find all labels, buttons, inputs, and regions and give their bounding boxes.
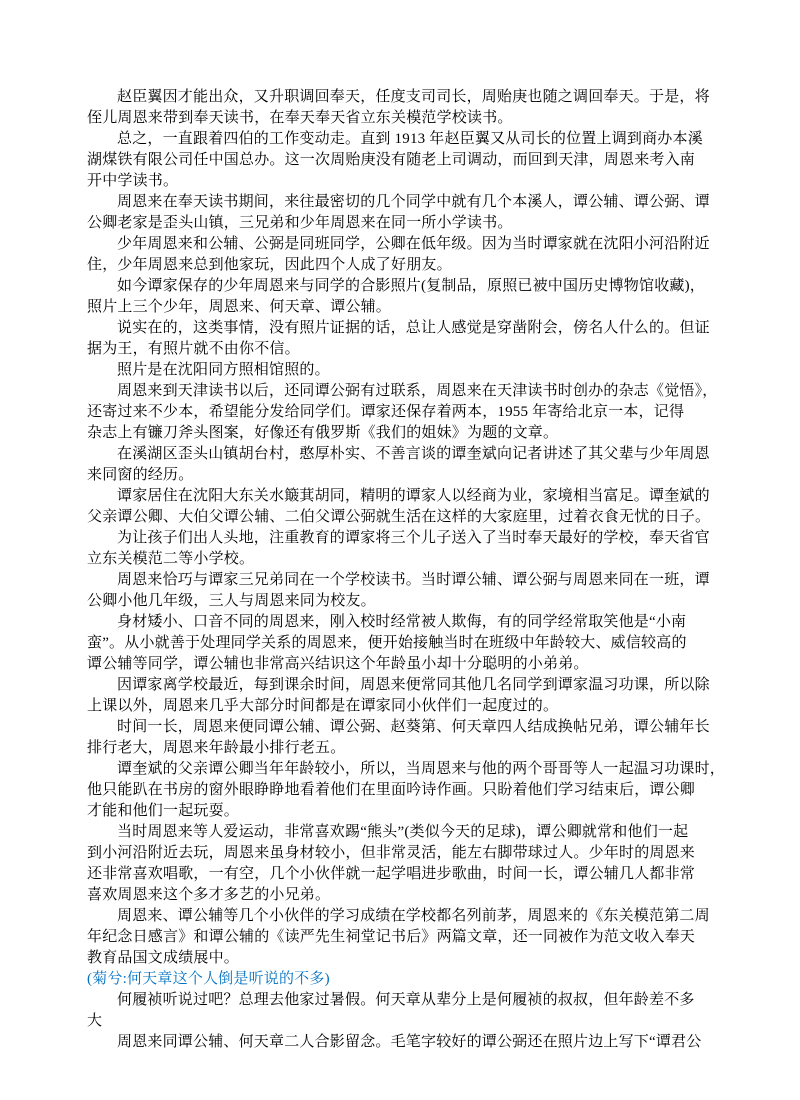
- text-line: 公卿小他几年级，三人与周恩来同为校友。: [87, 591, 715, 612]
- text-line: 谭家居住在沈阳大东关水簸萁胡同，精明的谭家人以经商为业，家境相当富足。谭奎斌的: [87, 486, 715, 507]
- text-line: 周恩来恰巧与谭家三兄弟同在一个学校读书。当时谭公辅、谭公弼与周恩来同在一班，谭: [87, 570, 715, 591]
- paragraph: 赵臣翼因才能出众，又升职调回奉天，任度支司司长，周贻庚也随之调回奉天。于是，将侄…: [87, 87, 715, 129]
- document-content: 赵臣翼因才能出众，又升职调回奉天，任度支司司长，周贻庚也随之调回奉天。于是，将侄…: [87, 87, 715, 1053]
- paragraph: 照片是在沈阳同方照相馆照的。: [87, 360, 715, 381]
- text-line: 公卿老家是歪头山镇，三兄弟和少年周恩来在同一所小学读书。: [87, 213, 715, 234]
- text-line: 还寄过来不少本，希望能分发给同学们。谭家还保存着两本，1955 年寄给北京一本，…: [87, 402, 715, 423]
- text-line: 照片是在沈阳同方照相馆照的。: [87, 360, 715, 381]
- text-line: 据为王，有照片就不由你不信。: [87, 339, 715, 360]
- text-line: 年纪念日感言》和谭公辅的《读严先生祠堂记书后》两篇文章，还一同被作为范文收入奉天: [87, 927, 715, 948]
- paragraph: 为让孩子们出人头地，注重教育的谭家将三个儿子送入了当时奉天最好的学校，奉天省官立…: [87, 528, 715, 570]
- text-line: 何履祯听说过吧？总理去他家过暑假。何天章从辈分上是何履祯的叔叔，但年龄差不多: [87, 990, 715, 1011]
- paragraph: 周恩来到天津读书以后，还同谭公弼有过联系，周恩来在天津读书时创办的杂志《觉悟》，…: [87, 381, 715, 444]
- text-line: 来同窗的经历。: [87, 465, 715, 486]
- text-line: 谭公辅等同学，谭公辅也非常高兴结识这个年龄虽小却十分聪明的小弟弟。: [87, 654, 715, 675]
- paragraph: 周恩来在奉天读书期间，来往最密切的几个同学中就有几个本溪人，谭公辅、谭公弼、谭公…: [87, 192, 715, 234]
- paragraph: 周恩来、谭公辅等几个小伙伴的学习成绩在学校都名列前茅，周恩来的《东关模范第二周年…: [87, 906, 715, 969]
- text-line: 教育品国文成绩展中。: [87, 948, 715, 969]
- text-line: 为让孩子们出人头地，注重教育的谭家将三个儿子送入了当时奉天最好的学校，奉天省官: [87, 528, 715, 549]
- text-line: 因谭家离学校最近，每到课余时间，周恩来便常同其他几名同学到谭家温习功课，所以除: [87, 675, 715, 696]
- text-line: 排行老大，周恩来年龄最小排行老五。: [87, 738, 715, 759]
- text-line: 才能和他们一起玩耍。: [87, 801, 715, 822]
- text-line: 住，少年周恩来总到他家玩，因此四个人成了好朋友。: [87, 255, 715, 276]
- text-line: 少年周恩来和公辅、公弼是同班同学，公卿在低年级。因为当时谭家就在沈阳小河沿附近: [87, 234, 715, 255]
- paragraph: 周恩来恰巧与谭家三兄弟同在一个学校读书。当时谭公辅、谭公弼与周恩来同在一班，谭公…: [87, 570, 715, 612]
- text-line: 周恩来、谭公辅等几个小伙伴的学习成绩在学校都名列前茅，周恩来的《东关模范第二周: [87, 906, 715, 927]
- text-line: 时间一长，周恩来便同谭公辅、谭公弼、赵葵第、何天章四人结成换帖兄弟，谭公辅年长: [87, 717, 715, 738]
- text-line: 父亲谭公卿、大伯父谭公辅、二伯父谭公弼就生活在这样的大家庭里，过着衣食无忧的日子…: [87, 507, 715, 528]
- text-line: 立东关模范二等小学校。: [87, 549, 715, 570]
- text-line: 当时周恩来等人爱运动，非常喜欢踢“熊头”(类似今天的足球)，谭公卿就常和他们一起: [87, 822, 715, 843]
- text-line: 周恩来在奉天读书期间，来往最密切的几个同学中就有几个本溪人，谭公辅、谭公弼、谭: [87, 192, 715, 213]
- text-line: 侄儿周恩来带到奉天读书，在奉天奉天省立东关模范学校读书。: [87, 108, 715, 129]
- paragraph: 说实在的，这类事情，没有照片证据的话，总让人感觉是穿凿附会，傍名人什么的。但证据…: [87, 318, 715, 360]
- text-line: 杂志上有镰刀斧头图案，好像还有俄罗斯《我们的姐妹》为题的文章。: [87, 423, 715, 444]
- text-line: 他只能趴在书房的窗外眼睁睁地看着他们在里面吟诗作画。只盼着他们学习结束后，谭公卿: [87, 780, 715, 801]
- text-line: 到小河沿附近去玩，周恩来虽身材较小，但非常灵活，能左右脚带球过人。少年时的周恩来: [87, 843, 715, 864]
- paragraph: 总之，一直跟着四伯的工作变动走。直到 1913 年赵臣翼又从司长的位置上调到商办…: [87, 129, 715, 192]
- paragraph: 谭奎斌的父亲谭公卿当年年龄较小，所以，当周恩来与他的两个哥哥等人一起温习功课时，…: [87, 759, 715, 822]
- text-line: 谭奎斌的父亲谭公卿当年年龄较小，所以，当周恩来与他的两个哥哥等人一起温习功课时，: [87, 759, 715, 780]
- text-line: 湖煤铁有限公司任中国总办。这一次周贻庚没有随老上司调动，而回到天津，周恩来考入南: [87, 150, 715, 171]
- text-line: 上课以外，周恩来几乎大部分时间都是在谭家同小伙伴们一起度过的。: [87, 696, 715, 717]
- paragraph: 因谭家离学校最近，每到课余时间，周恩来便常同其他几名同学到谭家温习功课，所以除上…: [87, 675, 715, 717]
- text-line: 照片上三个少年，周恩来、何天章、谭公辅。: [87, 297, 715, 318]
- text-line: 蛮”。从小就善于处理同学关系的周恩来，便开始接触当时在班级中年龄较大、威信较高的: [87, 633, 715, 654]
- paragraph: 少年周恩来和公辅、公弼是同班同学，公卿在低年级。因为当时谭家就在沈阳小河沿附近住…: [87, 234, 715, 276]
- text-line: 在溪湖区歪头山镇胡台村，憨厚朴实、不善言谈的谭奎斌向记者讲述了其父辈与少年周恩: [87, 444, 715, 465]
- paragraph: 如今谭家保存的少年周恩来与同学的合影照片(复制品，原照已被中国历史博物馆收藏)，…: [87, 276, 715, 318]
- text-line: 说实在的，这类事情，没有照片证据的话，总让人感觉是穿凿附会，傍名人什么的。但证: [87, 318, 715, 339]
- text-line: 赵臣翼因才能出众，又升职调回奉天，任度支司司长，周贻庚也随之调回奉天。于是，将: [87, 87, 715, 108]
- paragraph: 在溪湖区歪头山镇胡台村，憨厚朴实、不善言谈的谭奎斌向记者讲述了其父辈与少年周恩来…: [87, 444, 715, 486]
- annotation-paragraph: (菊兮:何天章这个人倒是听说的不多): [87, 969, 715, 990]
- text-line: 总之，一直跟着四伯的工作变动走。直到 1913 年赵臣翼又从司长的位置上调到商办…: [87, 129, 715, 150]
- text-line: 周恩来同谭公辅、何天章二人合影留念。毛笔字较好的谭公弼还在照片边上写下“谭君公: [87, 1032, 715, 1053]
- text-line: 如今谭家保存的少年周恩来与同学的合影照片(复制品，原照已被中国历史博物馆收藏)，: [87, 276, 715, 297]
- annotation-line: (菊兮:何天章这个人倒是听说的不多): [87, 969, 715, 990]
- text-line: 身材矮小、口音不同的周恩来，刚入校时经常被人欺侮，有的同学经常取笑他是“小南: [87, 612, 715, 633]
- paragraph: 当时周恩来等人爱运动，非常喜欢踢“熊头”(类似今天的足球)，谭公卿就常和他们一起…: [87, 822, 715, 906]
- text-line: 大: [87, 1011, 715, 1032]
- paragraph: 周恩来同谭公辅、何天章二人合影留念。毛笔字较好的谭公弼还在照片边上写下“谭君公: [87, 1032, 715, 1053]
- text-line: 还非常喜欢唱歌，一有空，几个小伙伴就一起学唱进步歌曲，时间一长，谭公辅几人都非常: [87, 864, 715, 885]
- text-line: 开中学读书。: [87, 171, 715, 192]
- paragraph: 身材矮小、口音不同的周恩来，刚入校时经常被人欺侮，有的同学经常取笑他是“小南蛮”…: [87, 612, 715, 675]
- text-line: 喜欢周恩来这个多才多艺的小兄弟。: [87, 885, 715, 906]
- paragraph: 时间一长，周恩来便同谭公辅、谭公弼、赵葵第、何天章四人结成换帖兄弟，谭公辅年长排…: [87, 717, 715, 759]
- paragraph: 何履祯听说过吧？总理去他家过暑假。何天章从辈分上是何履祯的叔叔，但年龄差不多大: [87, 990, 715, 1032]
- paragraph: 谭家居住在沈阳大东关水簸萁胡同，精明的谭家人以经商为业，家境相当富足。谭奎斌的父…: [87, 486, 715, 528]
- text-line: 周恩来到天津读书以后，还同谭公弼有过联系，周恩来在天津读书时创办的杂志《觉悟》，: [87, 381, 715, 402]
